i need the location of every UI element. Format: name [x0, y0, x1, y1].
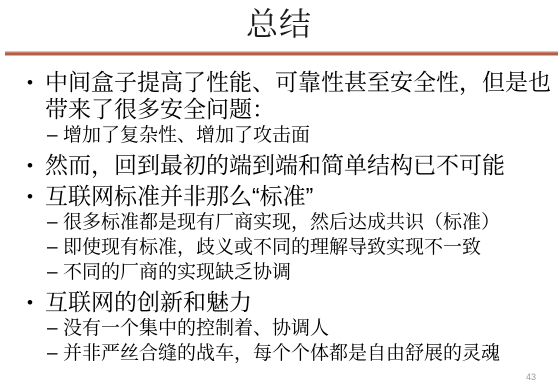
bullet-marker: • [27, 69, 33, 96]
sub-bullet-item: – 很多标准都是现有厂商实现，然后达成共识（标准） [0, 210, 558, 235]
sub-bullet-item: – 即使现有标准，歧义或不同的理解导致实现不一致 [0, 235, 558, 260]
sub-bullet-item: – 增加了复杂性、增加了攻击面 [0, 123, 558, 148]
dash-marker: – [47, 316, 58, 341]
bullet-marker: • [27, 152, 33, 179]
sub-bullet-text: 增加了复杂性、增加了攻击面 [63, 125, 310, 146]
bullet-marker: • [27, 183, 33, 210]
bullet-item: • 然而，回到最初的端到端和简单结构已不可能 [0, 152, 558, 179]
sub-bullet-item: – 没有一个集中的控制着、协调人 [0, 316, 558, 341]
sub-bullet-text: 即使现有标准，歧义或不同的理解导致实现不一致 [63, 237, 481, 258]
sub-bullet-text: 没有一个集中的控制着、协调人 [63, 318, 329, 339]
bullet-text: 然而，回到最初的端到端和简单结构已不可能 [45, 152, 505, 178]
dash-marker: – [47, 260, 58, 285]
bullet-text: 互联网的创新和魅力 [45, 289, 252, 315]
slide-body: • 中间盒子提高了性能、可靠性甚至安全性，但是也带来了很多安全问题： – 增加了… [0, 69, 558, 366]
sub-bullet-text: 不同的厂商的实现缺乏协调 [63, 262, 291, 283]
dash-marker: – [47, 123, 58, 148]
bullet-item: • 中间盒子提高了性能、可靠性甚至安全性，但是也带来了很多安全问题： [0, 69, 558, 123]
dash-marker: – [47, 235, 58, 260]
bullet-text: 中间盒子提高了性能、可靠性甚至安全性，但是也带来了很多安全问题： [45, 69, 551, 122]
sub-bullet-item: – 不同的厂商的实现缺乏协调 [0, 260, 558, 285]
slide-title: 总结 [0, 4, 558, 44]
sub-bullet-text: 并非严丝合缝的战车，每个个体都是自由舒展的灵魂 [63, 343, 500, 364]
dash-marker: – [47, 210, 58, 235]
bullet-item: • 互联网标准并非那么“标准” [0, 183, 558, 210]
sub-bullet-text: 很多标准都是现有厂商实现，然后达成共识（标准） [63, 212, 500, 233]
bullet-item: • 互联网的创新和魅力 [0, 289, 558, 316]
dash-marker: – [47, 341, 58, 366]
sub-bullet-item: – 并非严丝合缝的战车，每个个体都是自由舒展的灵魂 [0, 341, 558, 366]
bullet-marker: • [27, 289, 33, 316]
page-number: 43 [526, 372, 536, 382]
bullet-text: 互联网标准并非那么“标准” [45, 183, 313, 209]
presentation-slide: 总结 • 中间盒子提高了性能、可靠性甚至安全性，但是也带来了很多安全问题： – … [0, 0, 558, 389]
title-accent-rule [5, 51, 558, 56]
